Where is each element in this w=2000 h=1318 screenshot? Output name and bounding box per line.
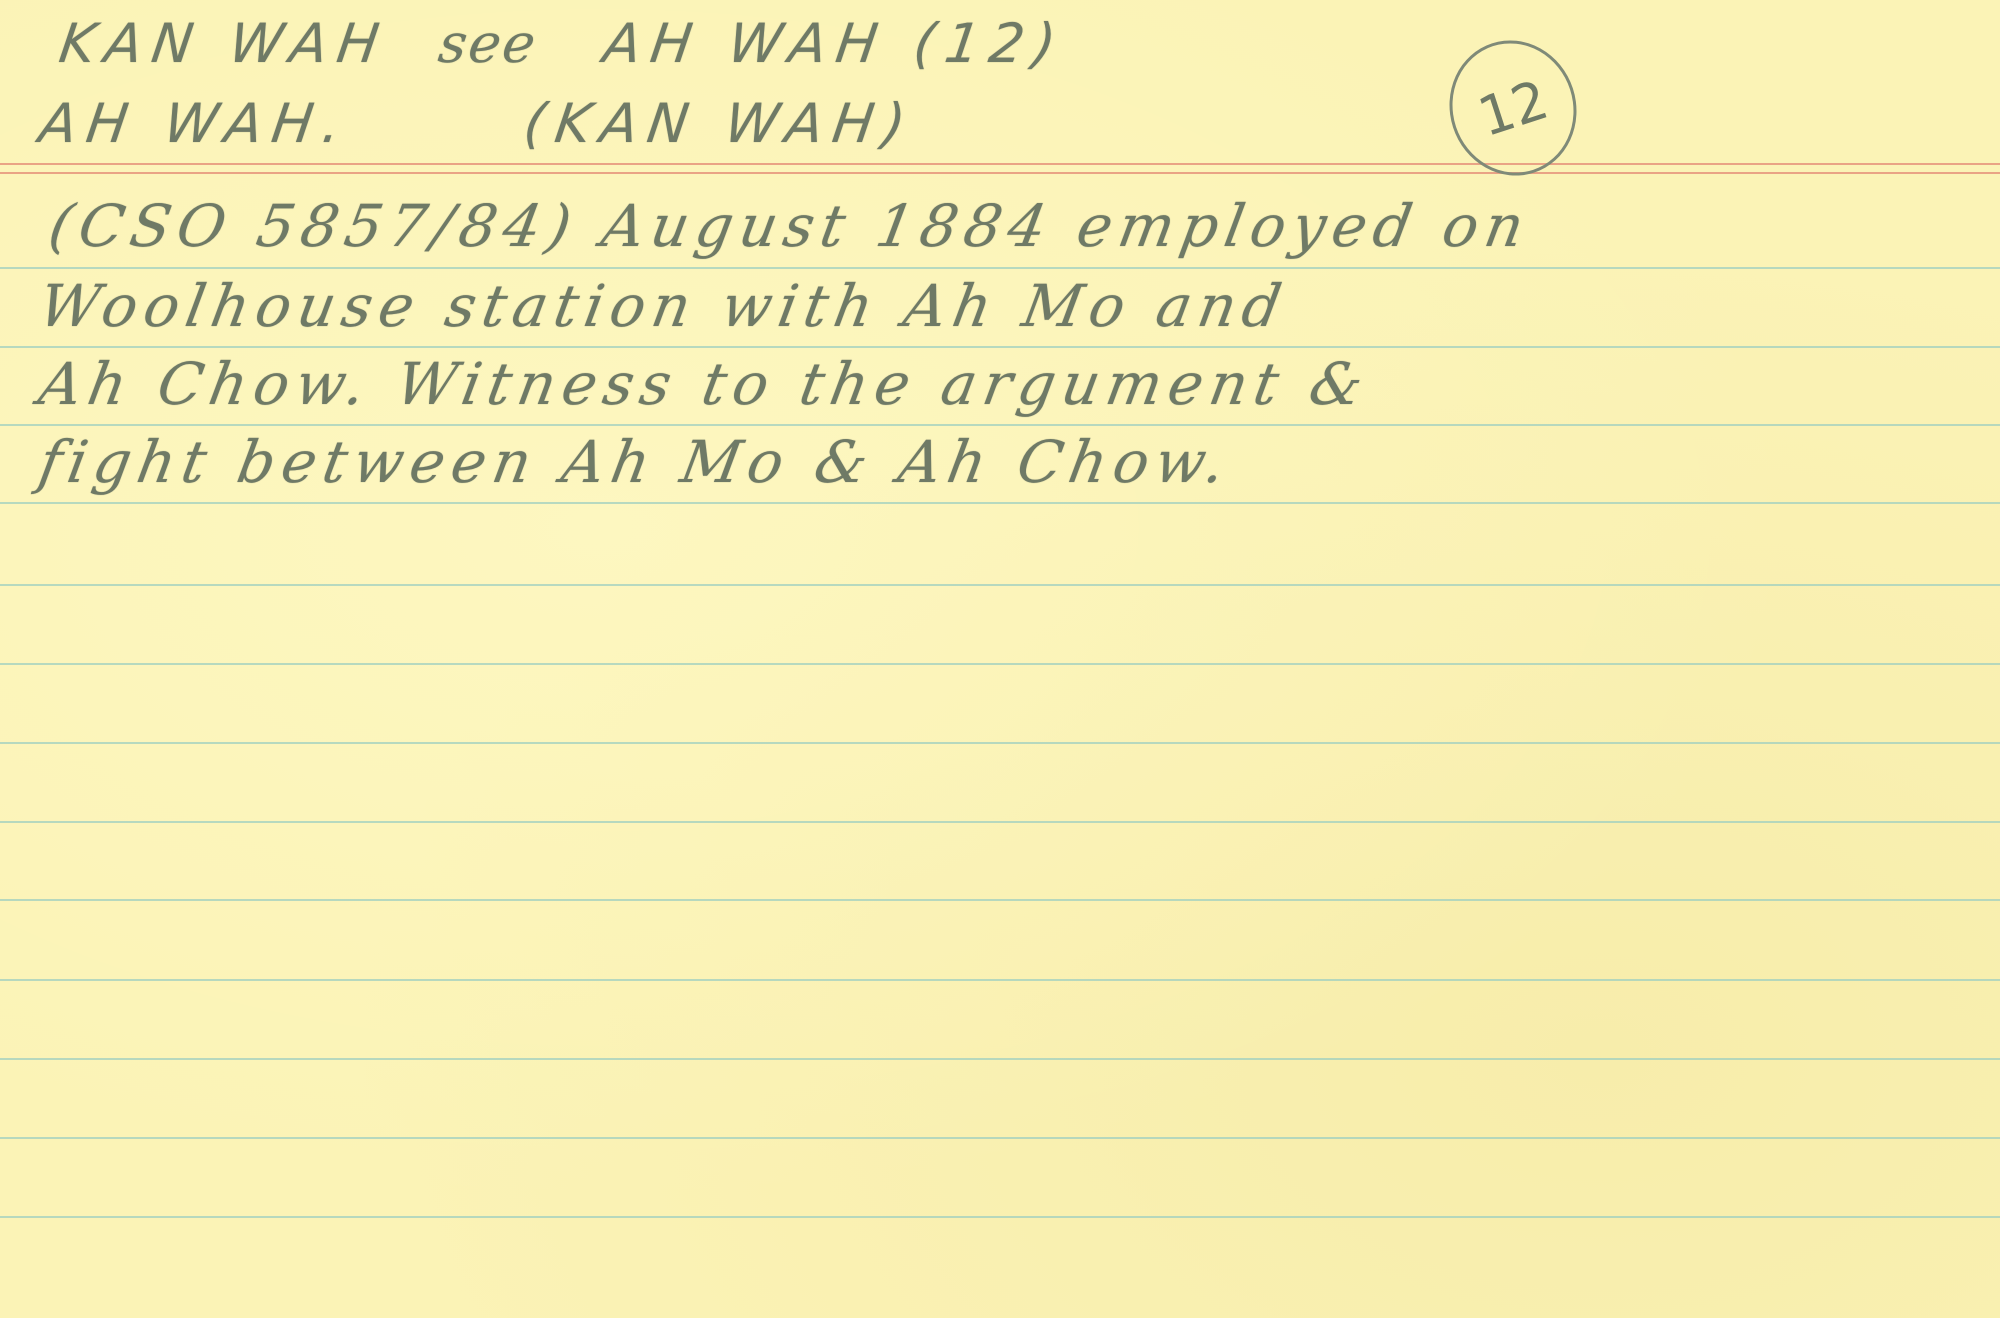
ruled-line — [0, 979, 2000, 981]
alias-parenthetical: (KAN WAH) — [520, 92, 919, 155]
ruled-line — [0, 346, 2000, 348]
circled-card-number: 12 — [1432, 24, 1594, 192]
see-label: see — [435, 12, 541, 75]
header-line-2: AH WAH. (KAN WAH) — [36, 92, 920, 155]
ruled-line — [0, 663, 2000, 665]
ruled-line — [0, 1058, 2000, 1060]
body-line-3: Ah Chow. Witness to the argument & — [34, 350, 1375, 418]
ruled-line — [0, 1137, 2000, 1139]
header-rule-bottom — [0, 172, 2000, 174]
ruled-line — [0, 267, 2000, 269]
ruled-line — [0, 821, 2000, 823]
ruled-line — [0, 742, 2000, 744]
ruled-line — [0, 1216, 2000, 1218]
header-name: KAN WAH — [56, 12, 393, 75]
ruled-line — [0, 424, 2000, 426]
header-rule-top — [0, 163, 2000, 165]
card-number: 12 — [1471, 67, 1556, 148]
ruled-line — [0, 502, 2000, 504]
ruled-line — [0, 899, 2000, 901]
body-line-4: fight between Ah Mo & Ah Chow. — [34, 428, 1237, 496]
index-card: KAN WAH see AH WAH (12) AH WAH. (KAN WAH… — [0, 0, 2000, 1318]
ruled-line — [0, 584, 2000, 586]
body-line-1: (CSO 5857/84) August 1884 employed on — [44, 192, 1536, 260]
alias-name: AH WAH. — [36, 92, 355, 155]
header-line-1: KAN WAH see AH WAH (12) — [56, 12, 1070, 75]
body-line-2: Woolhouse station with Ah Mo and — [34, 272, 1293, 340]
cross-reference: AH WAH (12) — [600, 12, 1070, 75]
